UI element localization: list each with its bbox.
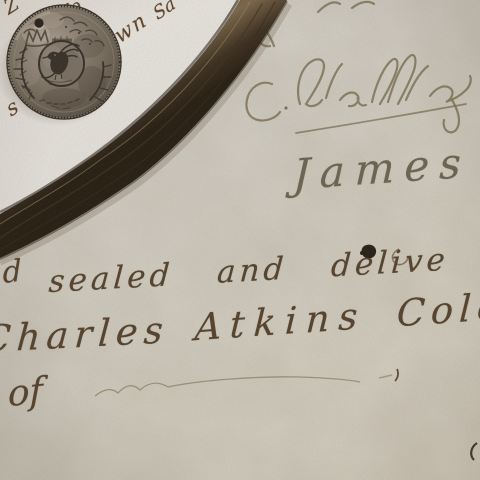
coin <box>0 0 128 128</box>
photo-canvas: James d sealed and delive Charles Atkins… <box>0 0 480 480</box>
